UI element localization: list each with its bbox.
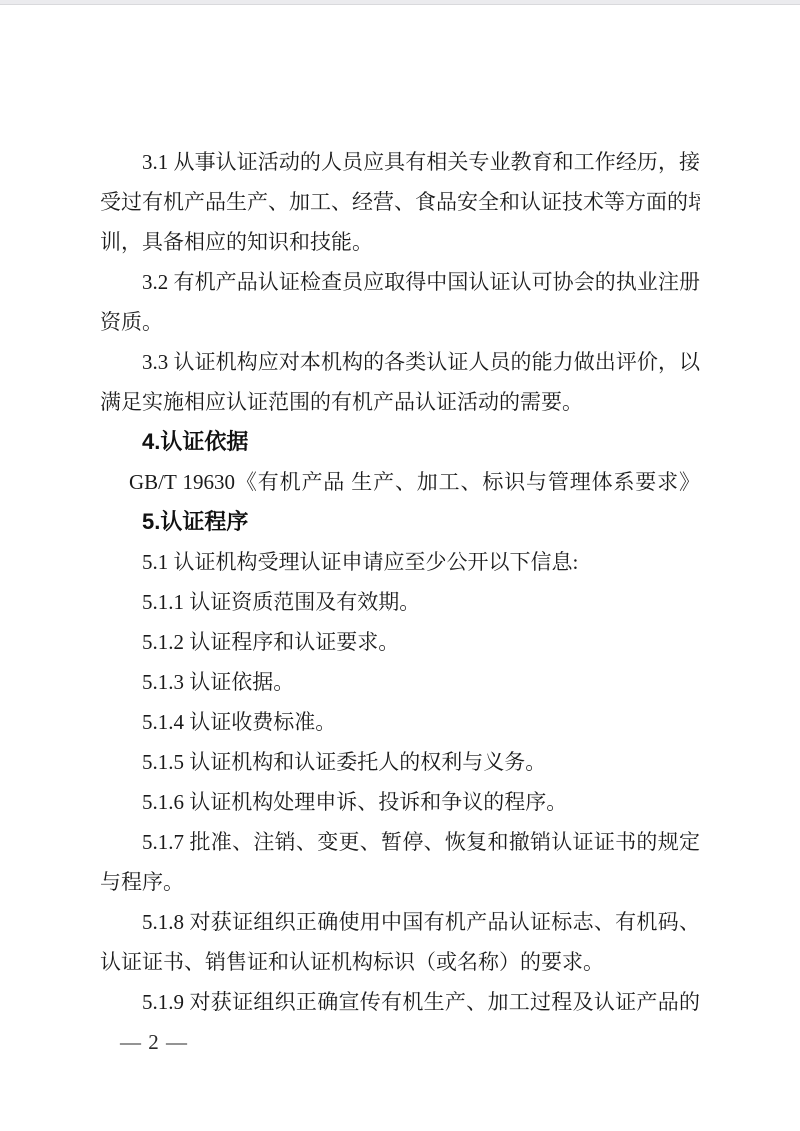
document-page: 3.1 从事认证活动的人员应具有相关专业教育和工作经历，接 受过有机产品生产、加… (0, 0, 800, 1131)
section-heading-5: 5.认证程序 (100, 502, 700, 542)
paragraph-5-1-4: 5.1.4 认证收费标准。 (100, 702, 700, 742)
paragraph-3-2-line-2: 资质。 (100, 302, 700, 342)
paragraph-3-1-line-1: 3.1 从事认证活动的人员应具有相关专业教育和工作经历，接 (100, 142, 700, 182)
paragraph-5-1-3: 5.1.3 认证依据。 (100, 662, 700, 702)
paragraph-5-1-7-line-1: 5.1.7 批准、注销、变更、暂停、恢复和撤销认证证书的规定 (100, 822, 700, 862)
scan-edge-artifact (0, 0, 800, 5)
paragraph-3-2-line-1: 3.2 有机产品认证检查员应取得中国认证认可协会的执业注册 (100, 262, 700, 302)
paragraph-5-1-6: 5.1.6 认证机构处理申诉、投诉和争议的程序。 (100, 782, 700, 822)
paragraph-5-1-5: 5.1.5 认证机构和认证委托人的权利与义务。 (100, 742, 700, 782)
paragraph-5-1-8-line-1: 5.1.8 对获证组织正确使用中国有机产品认证标志、有机码、 (100, 902, 700, 942)
paragraph-gbt-19630: GB/T 19630《有机产品 生产、加工、标识与管理体系要求》 (100, 462, 700, 502)
paragraph-3-1-line-2: 受过有机产品生产、加工、经营、食品安全和认证技术等方面的培 (100, 182, 700, 222)
paragraph-5-1-9-line-1: 5.1.9 对获证组织正确宣传有机生产、加工过程及认证产品的 (100, 982, 700, 1022)
paragraph-3-1-line-3: 训，具备相应的知识和技能。 (100, 222, 700, 262)
paragraph-3-3-line-1: 3.3 认证机构应对本机构的各类认证人员的能力做出评价，以 (100, 342, 700, 382)
section-heading-4: 4.认证依据 (100, 422, 700, 462)
paragraph-5-1: 5.1 认证机构受理认证申请应至少公开以下信息: (100, 542, 700, 582)
page-number: — 2 — (100, 1022, 700, 1062)
paragraph-5-1-2: 5.1.2 认证程序和认证要求。 (100, 622, 700, 662)
document-text-block: 3.1 从事认证活动的人员应具有相关专业教育和工作经历，接 受过有机产品生产、加… (100, 142, 700, 1062)
paragraph-5-1-1: 5.1.1 认证资质范围及有效期。 (100, 582, 700, 622)
paragraph-5-1-8-line-2: 认证证书、销售证和认证机构标识（或名称）的要求。 (100, 942, 700, 982)
paragraph-5-1-7-line-2: 与程序。 (100, 862, 700, 902)
paragraph-3-3-line-2: 满足实施相应认证范围的有机产品认证活动的需要。 (100, 382, 700, 422)
